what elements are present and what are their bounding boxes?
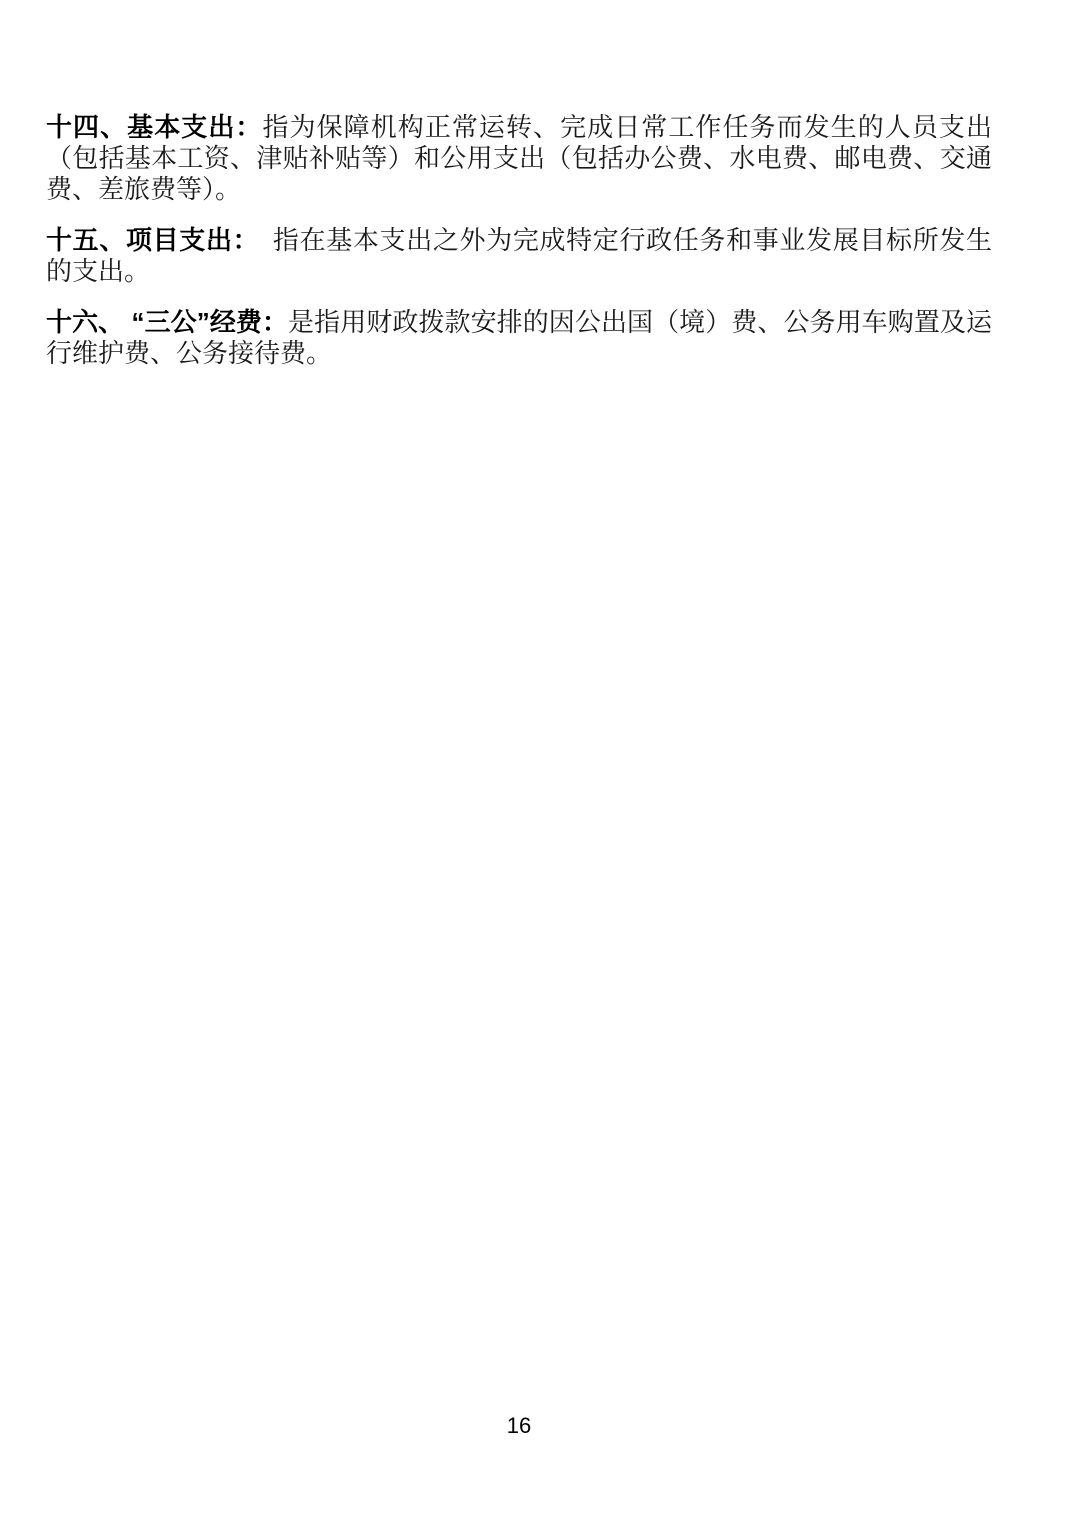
page-footer: 16 [46, 1413, 992, 1439]
section-15-heading: 十五、项目支出： [46, 225, 246, 255]
document-body: 十四、基本支出：指为保障机构正常运转、完成日常工作任务而发生的人员支出（包括基本… [46, 112, 992, 389]
paragraph-section-14: 十四、基本支出：指为保障机构正常运转、完成日常工作任务而发生的人员支出（包括基本… [46, 112, 992, 205]
paragraph-section-15: 十五、项目支出： 指在基本支出之外为完成特定行政任务和事业发展目标所发生的支出。 [46, 225, 992, 287]
paragraph-section-16: 十六、 “三公”经费：是指用财政拨款安排的因公出国（境）费、公务用车购置及运行维… [46, 307, 992, 369]
page-number: 16 [507, 1413, 531, 1438]
document-page: 十四、基本支出：指为保障机构正常运转、完成日常工作任务而发生的人员支出（包括基本… [0, 0, 1074, 1520]
section-14-heading: 十四、基本支出： [46, 112, 262, 142]
section-16-heading: 十六、 “三公”经费： [46, 307, 288, 337]
